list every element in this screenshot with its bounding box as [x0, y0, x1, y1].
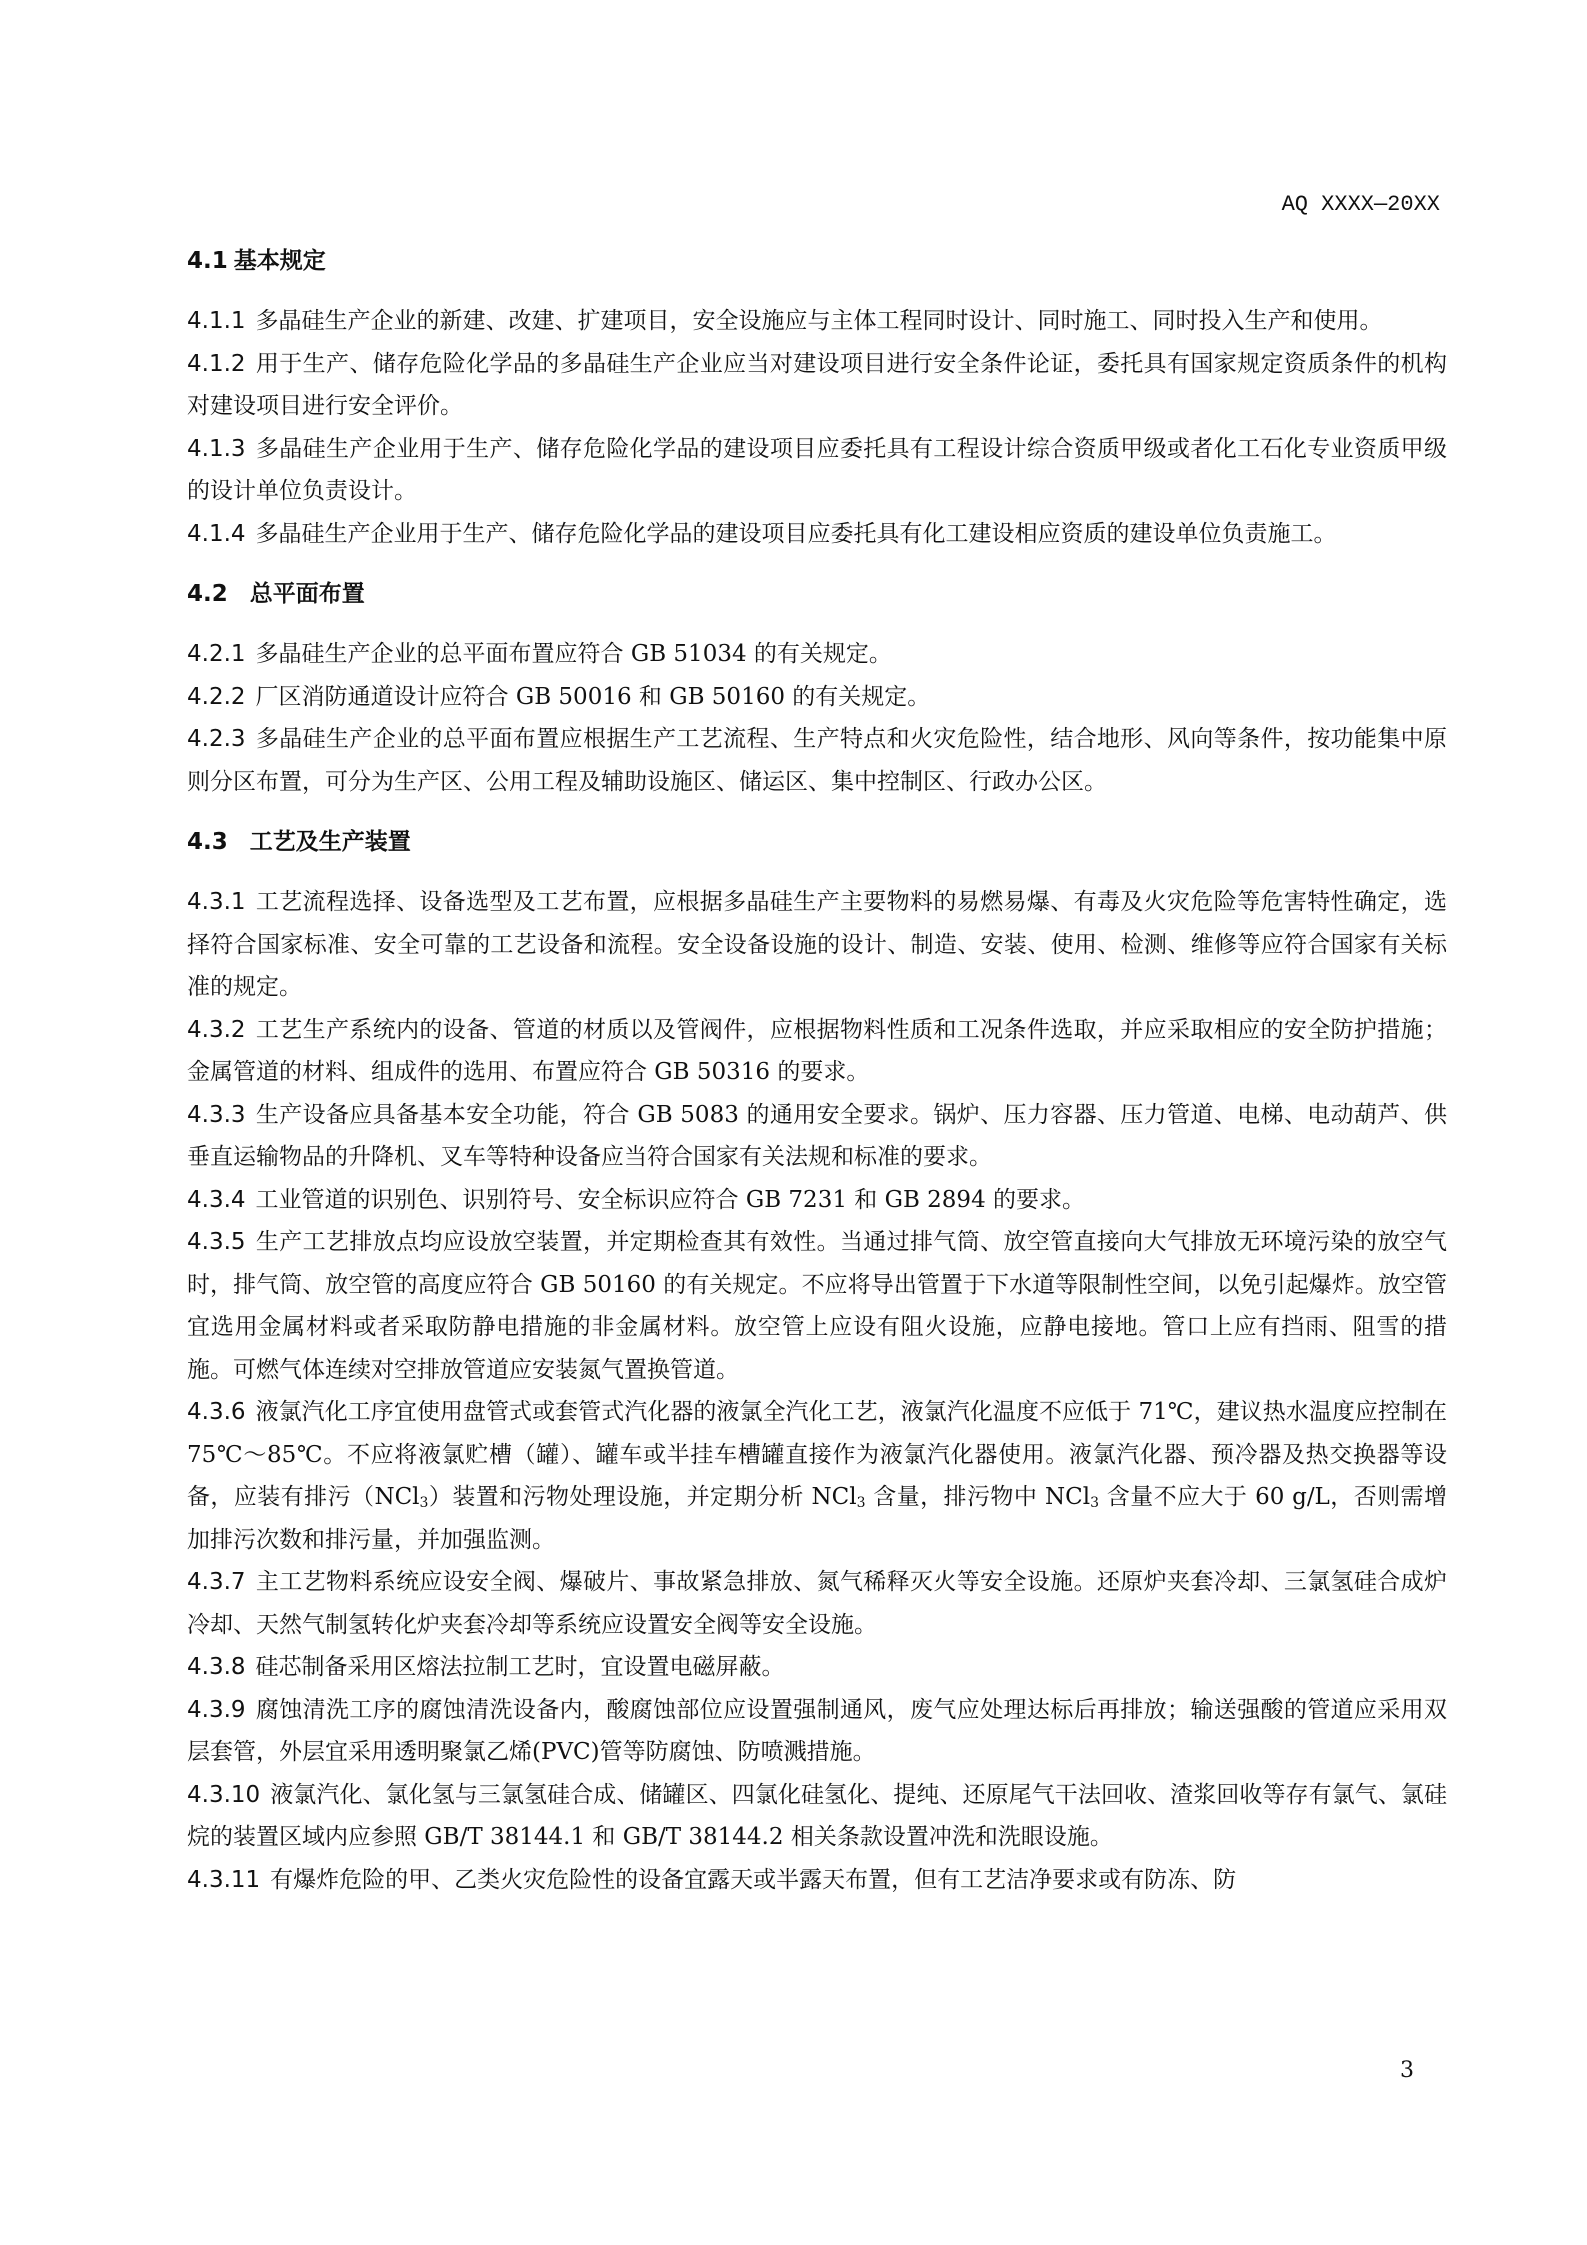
document-body: 4.1基本规定 4.1.1多晶硅生产企业的新建、改建、扩建项目，安全设施应与主体… — [187, 240, 1447, 1901]
clause-text: 多晶硅生产企业的新建、改建、扩建项目，安全设施应与主体工程同时设计、同时施工、同… — [256, 308, 1383, 334]
clause-number: 4.2.2 — [187, 684, 246, 710]
clause-text: 用于生产、储存危险化学品的多晶硅生产企业应当对建设项目进行安全条件论证，委托具有… — [187, 351, 1447, 420]
clause-4-2-3: 4.2.3多晶硅生产企业的总平面布置应根据生产工艺流程、生产特点和火灾危险性，结… — [187, 718, 1447, 803]
clause-number: 4.3.11 — [187, 1867, 260, 1893]
standard-code: AQ XXXX—20XX — [1282, 192, 1440, 217]
clause-text: 工业管道的识别色、识别符号、安全标识应符合 GB 7231 和 GB 2894 … — [256, 1187, 1085, 1213]
clause-number: 4.3.9 — [187, 1697, 246, 1723]
clause-text: 主工艺物料系统应设安全阀、爆破片、事故紧急排放、氮气稀释灭火等安全设施。还原炉夹… — [187, 1569, 1447, 1638]
clause-number: 4.3.7 — [187, 1569, 246, 1595]
clause-text: 多晶硅生产企业用于生产、储存危险化学品的建设项目应委托具有化工建设相应资质的建设… — [256, 521, 1337, 547]
clause-text: 工艺生产系统内的设备、管道的材质以及管阀件，应根据物料性质和工况条件选取，并应采… — [187, 1017, 1447, 1086]
clause-4-3-3: 4.3.3生产设备应具备基本安全功能，符合 GB 5083 的通用安全要求。锅炉… — [187, 1094, 1447, 1179]
clause-4-3-7: 4.3.7主工艺物料系统应设安全阀、爆破片、事故紧急排放、氮气稀释灭火等安全设施… — [187, 1561, 1447, 1646]
clause-number: 4.3.6 — [187, 1399, 246, 1425]
clause-number: 4.1.4 — [187, 521, 246, 547]
clause-number: 4.3.3 — [187, 1102, 246, 1128]
clause-4-2-1: 4.2.1多晶硅生产企业的总平面布置应符合 GB 51034 的有关规定。 — [187, 633, 1447, 676]
clause-text: 生产工艺排放点均应设放空装置，并定期检查其有效性。当通过排气筒、放空管直接向大气… — [187, 1229, 1447, 1383]
clause-4-1-3: 4.1.3多晶硅生产企业用于生产、储存危险化学品的建设项目应委托具有工程设计综合… — [187, 428, 1447, 513]
section-title: 基本规定 — [234, 248, 326, 274]
clause-4-1-1: 4.1.1多晶硅生产企业的新建、改建、扩建项目，安全设施应与主体工程同时设计、同… — [187, 300, 1447, 343]
clause-4-3-5: 4.3.5生产工艺排放点均应设放空装置，并定期检查其有效性。当通过排气筒、放空管… — [187, 1221, 1447, 1391]
section-4-3-clauses: 4.3.1工艺流程选择、设备选型及工艺布置，应根据多晶硅生产主要物料的易燃易爆、… — [187, 881, 1447, 1901]
clause-4-3-4: 4.3.4工业管道的识别色、识别符号、安全标识应符合 GB 7231 和 GB … — [187, 1179, 1447, 1222]
clause-text: 厂区消防通道设计应符合 GB 50016 和 GB 50160 的有关规定。 — [256, 684, 931, 710]
clause-number: 4.3.2 — [187, 1017, 246, 1043]
clause-text: 硅芯制备采用区熔法拉制工艺时，宜设置电磁屏蔽。 — [256, 1654, 785, 1680]
clause-number: 4.3.4 — [187, 1187, 246, 1213]
clause-text: 多晶硅生产企业的总平面布置应根据生产工艺流程、生产特点和火灾危险性，结合地形、风… — [187, 726, 1447, 795]
clause-4-3-1: 4.3.1工艺流程选择、设备选型及工艺布置，应根据多晶硅生产主要物料的易燃易爆、… — [187, 881, 1447, 1009]
clause-4-3-10: 4.3.10液氯汽化、氯化氢与三氯氢硅合成、储罐区、四氯化硅氢化、提纯、还原尾气… — [187, 1774, 1447, 1859]
clause-number: 4.3.1 — [187, 889, 246, 915]
clause-text: 生产设备应具备基本安全功能，符合 GB 5083 的通用安全要求。锅炉、压力容器… — [187, 1102, 1447, 1171]
text-run: ）装置和污物处理设施，并定期分析 NCl — [428, 1484, 856, 1510]
subscript: 3 — [1090, 1495, 1099, 1511]
clause-4-1-2: 4.1.2用于生产、储存危险化学品的多晶硅生产企业应当对建设项目进行安全条件论证… — [187, 343, 1447, 428]
clause-4-3-9: 4.3.9腐蚀清洗工序的腐蚀清洗设备内，酸腐蚀部位应设置强制通风，废气应处理达标… — [187, 1689, 1447, 1774]
clause-text: 多晶硅生产企业的总平面布置应符合 GB 51034 的有关规定。 — [256, 641, 892, 667]
clause-number: 4.3.10 — [187, 1782, 260, 1808]
page-number: 3 — [1400, 2058, 1414, 2083]
section-heading-4-1: 4.1基本规定 — [187, 240, 1447, 282]
clause-number: 4.3.5 — [187, 1229, 246, 1255]
clause-4-3-8: 4.3.8硅芯制备采用区熔法拉制工艺时，宜设置电磁屏蔽。 — [187, 1646, 1447, 1689]
section-heading-4-2: 4.2总平面布置 — [187, 573, 1447, 615]
subscript: 3 — [857, 1495, 866, 1511]
clause-text: 液氯汽化工序宜使用盘管式或套管式汽化器的液氯全汽化工艺，液氯汽化温度不应低于 7… — [187, 1399, 1447, 1553]
clause-text: 腐蚀清洗工序的腐蚀清洗设备内，酸腐蚀部位应设置强制通风，废气应处理达标后再排放；… — [187, 1697, 1447, 1766]
section-number: 4.1 — [187, 248, 228, 274]
clause-4-1-4: 4.1.4多晶硅生产企业用于生产、储存危险化学品的建设项目应委托具有化工建设相应… — [187, 513, 1447, 556]
clause-number: 4.3.8 — [187, 1654, 246, 1680]
clause-text: 有爆炸危险的甲、乙类火灾危险性的设备宜露天或半露天布置，但有工艺洁净要求或有防冻… — [270, 1867, 1236, 1893]
section-title: 工艺及生产装置 — [250, 829, 411, 855]
section-4-1-clauses: 4.1.1多晶硅生产企业的新建、改建、扩建项目，安全设施应与主体工程同时设计、同… — [187, 300, 1447, 555]
clause-number: 4.1.1 — [187, 308, 246, 334]
section-number: 4.3 — [187, 829, 228, 855]
section-heading-4-3: 4.3工艺及生产装置 — [187, 821, 1447, 863]
clause-text: 工艺流程选择、设备选型及工艺布置，应根据多晶硅生产主要物料的易燃易爆、有毒及火灾… — [187, 889, 1447, 1000]
section-4-2-clauses: 4.2.1多晶硅生产企业的总平面布置应符合 GB 51034 的有关规定。 4.… — [187, 633, 1447, 803]
section-number: 4.2 — [187, 581, 228, 607]
clause-number: 4.1.2 — [187, 351, 246, 377]
clause-4-3-2: 4.3.2工艺生产系统内的设备、管道的材质以及管阀件，应根据物料性质和工况条件选… — [187, 1009, 1447, 1094]
section-title: 总平面布置 — [250, 581, 365, 607]
clause-number: 4.1.3 — [187, 436, 246, 462]
clause-number: 4.2.3 — [187, 726, 246, 752]
clause-4-2-2: 4.2.2厂区消防通道设计应符合 GB 50016 和 GB 50160 的有关… — [187, 676, 1447, 719]
clause-number: 4.2.1 — [187, 641, 246, 667]
clause-text: 液氯汽化、氯化氢与三氯氢硅合成、储罐区、四氯化硅氢化、提纯、还原尾气干法回收、渣… — [187, 1782, 1447, 1851]
text-run: 含量，排污物中 NCl — [866, 1484, 1091, 1510]
clause-text: 多晶硅生产企业用于生产、储存危险化学品的建设项目应委托具有工程设计综合资质甲级或… — [187, 436, 1447, 505]
document-page: AQ XXXX—20XX 4.1基本规定 4.1.1多晶硅生产企业的新建、改建、… — [0, 0, 1587, 2245]
clause-4-3-11: 4.3.11有爆炸危险的甲、乙类火灾危险性的设备宜露天或半露天布置，但有工艺洁净… — [187, 1859, 1447, 1902]
clause-4-3-6: 4.3.6液氯汽化工序宜使用盘管式或套管式汽化器的液氯全汽化工艺，液氯汽化温度不… — [187, 1391, 1447, 1561]
